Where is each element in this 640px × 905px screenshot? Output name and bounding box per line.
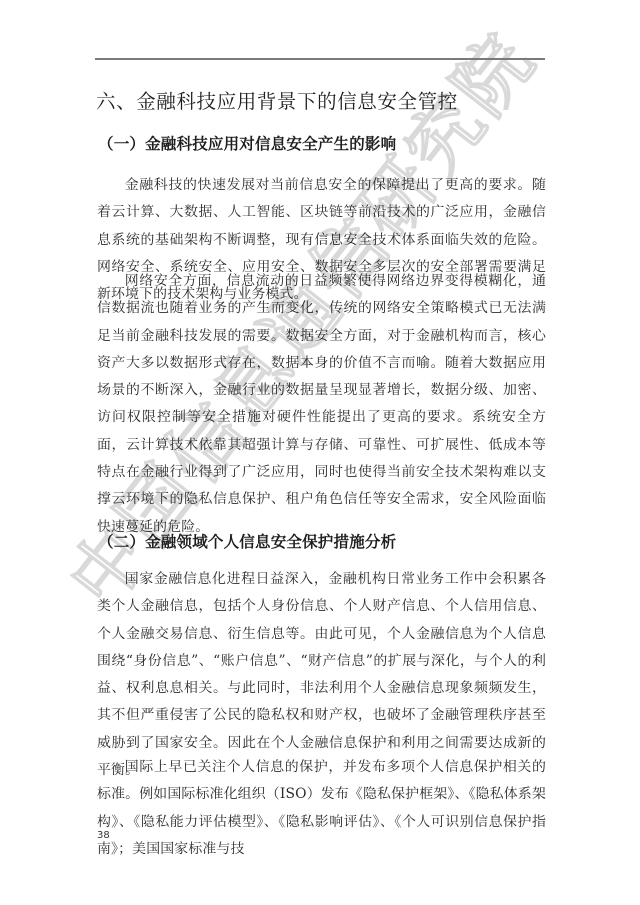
paragraph: 国际上早已关注个人信息的保护，并发布多项个人信息保护相关的标准。例如国际标准化组…: [97, 754, 546, 863]
header-rule: [95, 58, 545, 60]
subsection-heading-2: （二）金融领域个人信息安全保护措施分析: [98, 530, 396, 552]
paragraph: 网络安全方面，信息流动的日益频繁使得网络边界变得模糊化，通信数据流也随着业务的产…: [97, 268, 546, 541]
subsection-heading-1: （一）金融科技应用对信息安全产生的影响: [98, 132, 396, 154]
section-title: 六、金融科技应用背景下的信息安全管控: [96, 86, 458, 114]
page-number: 38: [97, 830, 110, 841]
paragraph: 国家金融信息化进程日益深入，金融机构日常业务工作中会积累各类个人金融信息，包括个…: [97, 566, 546, 784]
document-page: 中国信息通信研究院 六、金融科技应用背景下的信息安全管控 （一）金融科技应用对信…: [0, 0, 640, 905]
